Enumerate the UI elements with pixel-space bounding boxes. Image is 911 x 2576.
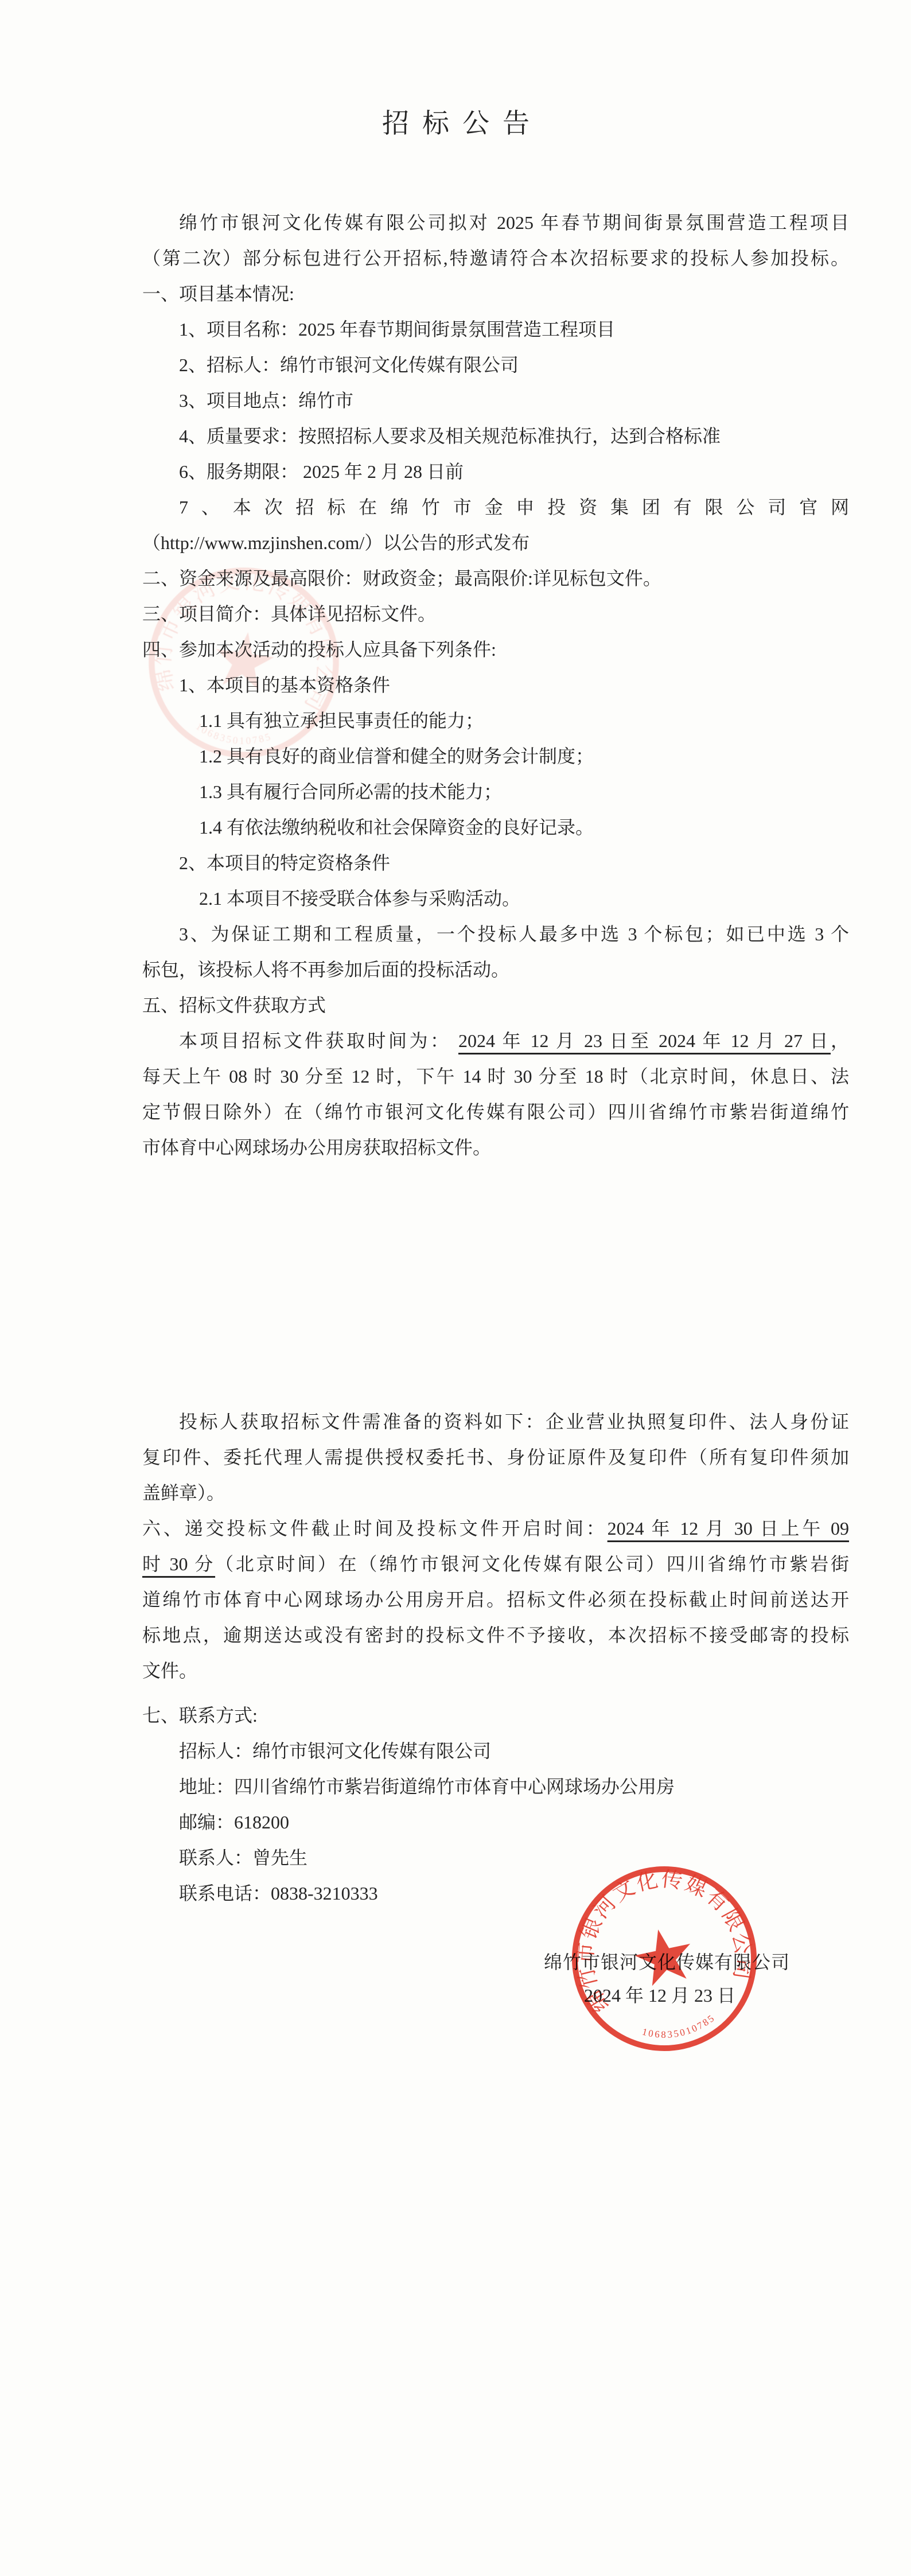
section-5-heading: 五、招标文件获取方式 <box>142 987 849 1023</box>
section-7-heading: 七、联系方式: <box>142 1698 849 1733</box>
qualification-1-3: 1.3 具有履行合同所必需的技术能力； <box>142 774 849 810</box>
intro-line-1: 绵竹市银河文化传媒有限公司拟对 2025 年春节期间街景氛围营造工程项目 <box>142 205 849 240</box>
item-publish-website-line-2: （http://www.mzjinshen.com/）以公告的形式发布 <box>142 525 849 561</box>
item-project-location: 3、项目地点：绵竹市 <box>142 383 849 418</box>
svg-text:106835010785: 106835010785 <box>639 2011 719 2046</box>
item-project-name: 1、项目名称：2025 年春节期间街景氛围营造工程项目 <box>142 312 849 347</box>
doc-obtain-time-line-2: 每天上午 08 时 30 分至 12 时，下午 14 时 30 分至 18 时（… <box>142 1059 849 1094</box>
section-6-line-2: 时 30 分（北京时间）在（绵竹市银河文化传媒有限公司）四川省绵竹市紫岩街 <box>142 1546 849 1582</box>
required-materials-line-1: 投标人获取招标文件需准备的资料如下：企业营业执照复印件、法人身份证 <box>142 1404 849 1439</box>
section-6-line-5: 文件。 <box>142 1653 849 1688</box>
item-publish-website-line-1: 7、本次招标在绵竹市金申投资集团有限公司官网 <box>142 489 849 525</box>
section-1-heading: 一、项目基本情况: <box>142 276 849 312</box>
section-6-line-4: 标地点，逾期送达或没有密封的投标文件不予接收，本次招标不接受邮寄的投标 <box>142 1617 849 1653</box>
doc-obtain-time-line-4: 市体育中心网球场办公用房获取招标文件。 <box>142 1130 849 1165</box>
qualification-2-1: 2.1 本项目不接受联合体参与采购活动。 <box>142 881 849 916</box>
open-location-text: （北京时间）在（绵竹市银河文化传媒有限公司）四川省绵竹市紫岩街 <box>215 1554 849 1574</box>
document-body: 招标公告 绵竹市银河文化传媒有限公司拟对 2025 年春节期间街景氛围营造工程项… <box>0 0 911 1911</box>
document-title: 招标公告 <box>109 107 816 141</box>
section-6-line-3: 道绵竹市体育中心网球场办公用房开启。招标文件必须在投标截止时间前送达开 <box>142 1582 849 1617</box>
contact-tenderer: 招标人：绵竹市银河文化传媒有限公司 <box>142 1733 849 1769</box>
doc-obtain-time-line-3: 定节假日除外）在（绵竹市银河文化传媒有限公司）四川省绵竹市紫岩街道绵竹 <box>142 1094 849 1130</box>
item-quality-requirement: 4、质量要求：按照招标人要求及相关规范标准执行，达到合格标准 <box>142 418 849 454</box>
doc-obtain-time-suffix: ， <box>831 1030 849 1051</box>
intro-line-2: （第二次）部分标包进行公开招标,特邀请符合本次招标要求的投标人参加投标。 <box>142 240 849 276</box>
contact-postcode: 邮编：618200 <box>142 1804 849 1840</box>
doc-obtain-time-line-1: 本项目招标文件获取时间为： 2024 年 12 月 23 日至 2024 年 1… <box>142 1023 849 1059</box>
specific-qualification-heading: 2、本项目的特定资格条件 <box>142 845 849 881</box>
company-seal-icon: 绵竹市银河文化传媒有限公司 106835010785 <box>548 1843 780 2074</box>
required-materials-line-3: 盖鲜章）。 <box>142 1475 849 1511</box>
package-limit-line-2: 标包，该投标人将不再参加后面的投标活动。 <box>142 952 849 987</box>
required-materials-line-2: 复印件、委托代理人需提供授权委托书、身份证原件及复印件（所有复印件须加 <box>142 1439 849 1475</box>
qualification-1-4: 1.4 有依法缴纳税收和社会保障资金的良好记录。 <box>142 810 849 845</box>
deadline-prefix: 六、递交投标文件截止时间及投标文件开启时间： <box>142 1518 608 1539</box>
item-tenderer: 2、招标人：绵竹市银河文化传媒有限公司 <box>142 347 849 383</box>
section-6-line-1: 六、递交投标文件截止时间及投标文件开启时间：2024 年 12 月 30 日上午… <box>142 1511 849 1546</box>
company-seal-ghost-icon: 绵竹市银河文化传媒有限公司 106835010785 <box>130 549 357 776</box>
doc-obtain-time-prefix: 本项目招标文件获取时间为： <box>179 1030 458 1051</box>
item-service-period: 6、服务期限： 2025 年 2 月 28 日前 <box>142 454 849 489</box>
deadline-date-part-2: 时 30 分 <box>142 1554 215 1574</box>
seal-serial-text: 106835010785 <box>639 2011 719 2046</box>
deadline-date-part-1: 2024 年 12 月 30 日上午 09 <box>608 1518 849 1539</box>
doc-obtain-date-range: 2024 年 12 月 23 日至 2024 年 12 月 27 日 <box>458 1030 831 1051</box>
package-limit-line-1: 3、为保证工期和工程质量，一个投标人最多中选 3 个标包；如已中选 3 个 <box>142 916 849 952</box>
contact-address: 地址：四川省绵竹市紫岩街道绵竹市体育中心网球场办公用房 <box>142 1769 849 1804</box>
scanned-tender-notice-page: 招标公告 绵竹市银河文化传媒有限公司拟对 2025 年春节期间街景氛围营造工程项… <box>0 0 911 2576</box>
